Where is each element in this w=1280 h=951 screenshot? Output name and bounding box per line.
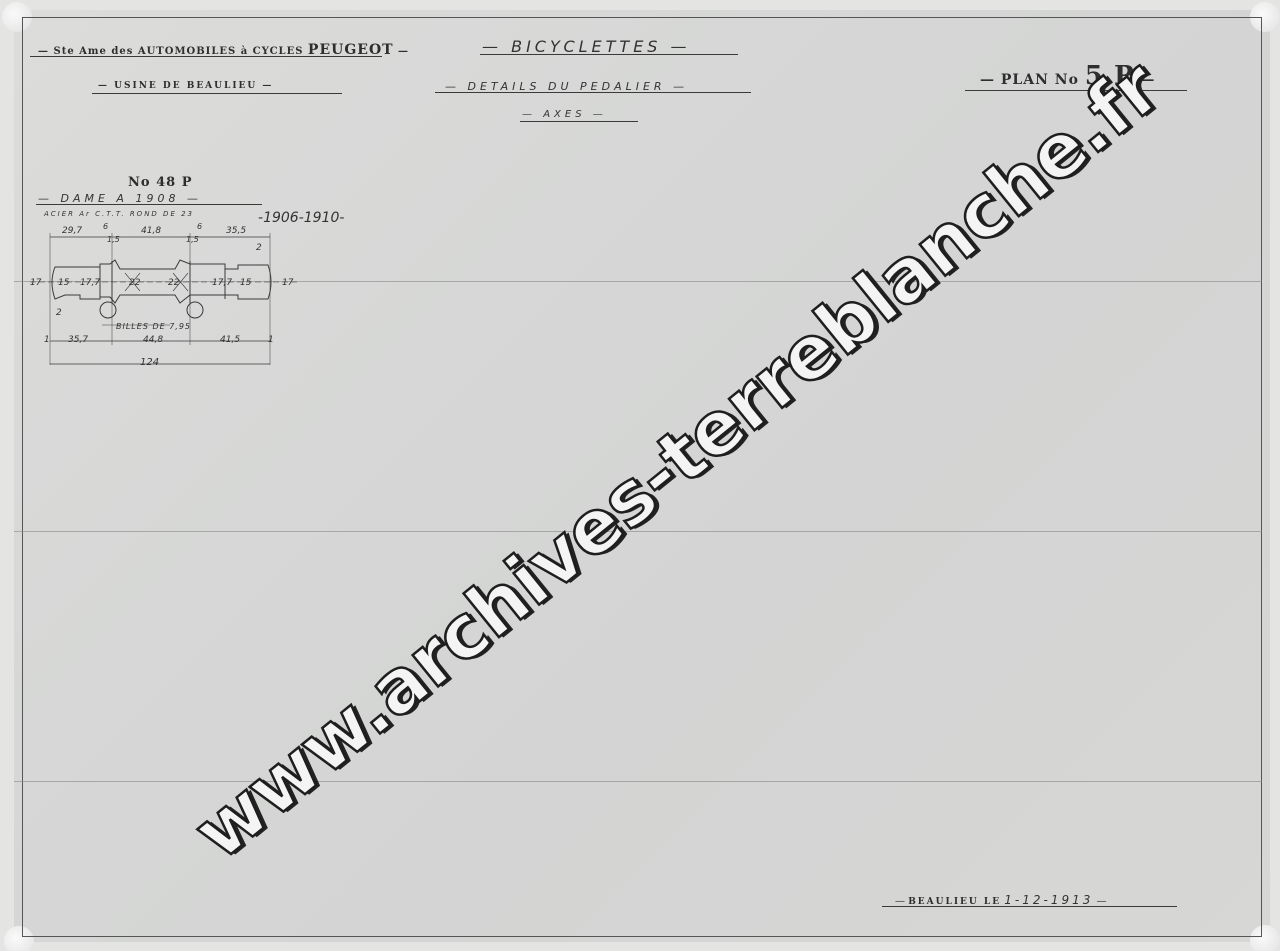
underline	[435, 92, 751, 93]
underline	[480, 54, 738, 55]
dim-top-8: 2	[256, 243, 262, 253]
dim-bottom-4: 41,5	[220, 335, 240, 345]
dim-top-6: 6	[197, 222, 202, 231]
footer-date: 1-12-1913	[1004, 893, 1093, 907]
dim-top-1: 29,7	[62, 226, 82, 236]
underline	[30, 56, 382, 57]
dim-vert-7: 15	[240, 278, 251, 288]
dim-top-2: 6	[103, 222, 108, 231]
section-line: — AXES —	[522, 109, 607, 120]
bearing-note: BILLES DE 7,95	[116, 322, 191, 331]
factory-line: — USINE DE BEAULIEU —	[98, 81, 273, 91]
dim-vert-5: 22	[168, 278, 179, 288]
dim-vert-1: 17	[30, 278, 41, 288]
guide-line	[14, 781, 1262, 782]
underline	[520, 121, 638, 122]
dim-vert-8: 17	[282, 278, 293, 288]
dim-top-7: 35,5	[226, 226, 246, 236]
part-material: ACIER Ar C.T.T. ROND DE 23	[44, 210, 194, 218]
dim-bottom-5: 1	[268, 335, 274, 345]
dim-top-5: 1,5	[186, 235, 199, 244]
dim-vert-2: 15	[58, 278, 69, 288]
part-years-line: -1906-1910-	[258, 210, 344, 226]
dim-bottom-3: 44,8	[143, 335, 163, 345]
underline	[882, 906, 1177, 907]
underline	[36, 204, 262, 205]
dim-bottom-1: 1	[44, 335, 50, 345]
dim-vert-6: 17,7	[212, 278, 232, 288]
factory-name: USINE DE BEAULIEU	[114, 81, 257, 91]
drawing-section: AXES	[543, 109, 585, 120]
dim-vert-4: 22	[129, 278, 140, 288]
dim-left-small: 2	[56, 308, 62, 318]
underline	[92, 93, 342, 94]
dim-top-4: 41,8	[141, 226, 161, 236]
part-years: 1906-1910	[263, 210, 339, 226]
footer-line: — BEAULIEU LE 1-12-1913 —	[895, 893, 1107, 907]
dim-vert-3: 17,7	[80, 278, 100, 288]
plan-label: PLAN No	[1001, 72, 1079, 88]
dim-bottom-2: 35,7	[68, 335, 88, 345]
dim-top-3: 1,5	[107, 235, 120, 244]
dim-total-length: 124	[140, 357, 159, 368]
part-number: No 48 P	[128, 175, 192, 190]
